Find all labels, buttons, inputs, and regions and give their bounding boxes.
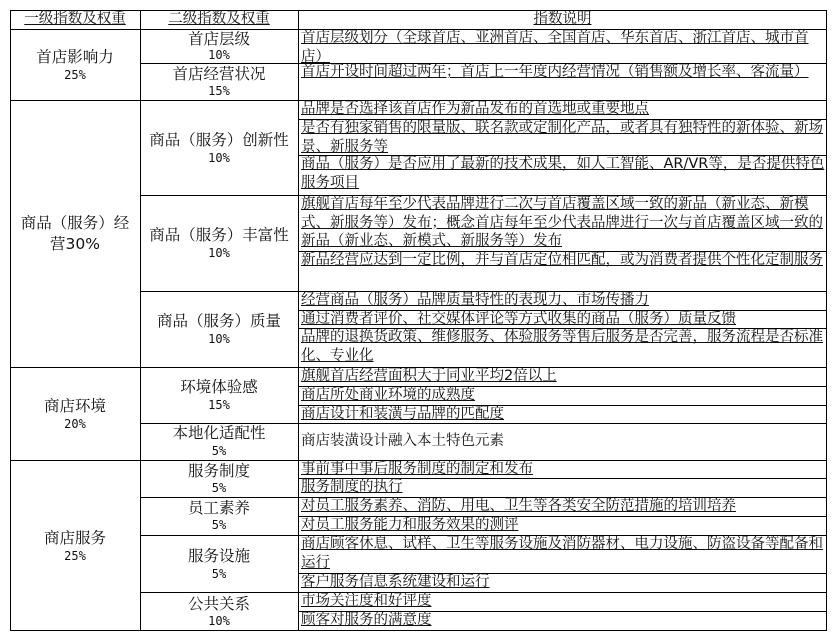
level1-weight: 20% <box>64 417 86 432</box>
level1-store-environment: 商店环境 20% <box>10 367 140 460</box>
level2-name: 环境体验感 <box>180 377 258 398</box>
level1-shoudian-influence: 首店影响力 25% <box>10 29 140 100</box>
level2-weight: 5% <box>212 567 226 582</box>
description-item: 通过消费者评价、社交媒体评论等方式收集的商品（服务）质量反馈 <box>298 310 827 328</box>
description-item: 首店开设时间超过两年；首店上一年度内经营情况（销售额及增长率、客流量） <box>298 63 827 100</box>
description-item: 旗舰首店经营面积大于同业平均2倍以上 <box>298 367 827 386</box>
level2-cell: 服务设施 5% <box>140 535 298 592</box>
header-col2: 二级指数及权重 <box>140 10 298 29</box>
level2-name: 公共关系 <box>188 595 250 614</box>
description-item: 商店设计和装潢与品牌的匹配度 <box>298 405 827 423</box>
level2-cell: 商品（服务）丰富性 10% <box>140 195 298 291</box>
level2-weight: 15% <box>208 84 230 99</box>
level2-weight: 5% <box>212 518 226 533</box>
description-item: 市场关注度和好评度 <box>298 592 827 611</box>
level2-cell: 公共关系 10% <box>140 592 298 631</box>
level2-weight: 10% <box>208 246 230 261</box>
level2-weight: 5% <box>212 443 226 460</box>
level1-store-service: 商店服务 25% <box>10 460 140 631</box>
level2-weight: 10% <box>208 332 230 347</box>
level2-cell: 本地化适配性 5% <box>140 423 298 460</box>
level2-weight: 5% <box>212 481 226 496</box>
level2-name: 商品（服务）创新性 <box>149 130 289 151</box>
description-item: 首店层级划分（全球首店、亚洲首店、全国首店、华东首店、浙江首店、城市首店） <box>298 29 827 63</box>
level2-weight: 10% <box>208 151 230 166</box>
level2-weight: 10% <box>208 48 230 63</box>
description-item: 对员工服务素养、消防、用电、卫生等各类安全防范措施的培训培养 <box>298 497 827 516</box>
level2-cell: 商品（服务）创新性 10% <box>140 100 298 195</box>
level2-name: 首店经营状况 <box>172 65 265 84</box>
level2-name: 服务制度 <box>188 462 250 481</box>
description-item: 商品（服务）是否应用了最新的技术成果，如人工智能、AR/VR等，是否提供特色服务… <box>298 155 827 195</box>
description-item: 新品经营应达到一定比例，并与首店定位相匹配，或为消费者提供个性化定制服务 <box>298 251 827 291</box>
description-item: 品牌的退换货政策、维修服务、体验服务等售后服务是否完善，服务流程是否标准化、专业… <box>298 328 827 367</box>
level2-cell: 首店层级 10% <box>140 29 298 63</box>
level2-name: 首店层级 <box>188 30 250 48</box>
description-item: 事前事中事后服务制度的制定和发布 <box>298 460 827 478</box>
level2-name: 服务设施 <box>188 546 250 567</box>
level2-name: 本地化适配性 <box>172 424 265 443</box>
level1-name: 商品（服务）经营30% <box>18 213 132 255</box>
description-item: 商店所处商业环境的成熟度 <box>298 386 827 405</box>
description-item: 经营商品（服务）品牌质量特性的表现力、市场传播力 <box>298 291 827 310</box>
header-col3: 指数说明 <box>298 10 827 29</box>
level2-name: 员工素养 <box>188 499 250 518</box>
description-item: 品牌是否选择该首店作为新品发布的首选地或重要地点 <box>298 100 827 119</box>
level2-cell: 员工素养 5% <box>140 497 298 535</box>
description-item: 商店顾客休息、试样、卫生等服务设施及消防器材、电力设施、防盗设备等配备和运行 <box>298 535 827 573</box>
level1-weight: 25% <box>64 549 86 564</box>
description-item: 顾客对服务的满意度 <box>298 611 827 631</box>
level2-name: 商品（服务）质量 <box>157 311 281 332</box>
level2-cell: 首店经营状况 15% <box>140 63 298 100</box>
level1-name: 商店服务 <box>44 528 106 549</box>
level1-weight: 25% <box>64 68 86 83</box>
level1-goods-service: 商品（服务）经营30% <box>10 100 140 367</box>
level2-name: 商品（服务）丰富性 <box>149 225 289 246</box>
description-item: 是否有独家销售的限量版、联名款或定制化产品，或者具有独特性的新体验、新场景、新服… <box>298 119 827 155</box>
level1-name: 商店环境 <box>44 396 106 417</box>
level2-cell: 商品（服务）质量 10% <box>140 291 298 367</box>
header-col1: 一级指数及权重 <box>10 10 140 29</box>
level2-cell: 环境体验感 15% <box>140 367 298 423</box>
description-item: 旗舰首店每年至少代表品牌进行二次与首店覆盖区域一致的新品（新业态、新模式、新服务… <box>298 195 827 251</box>
description-item: 商店装潢设计融入本土特色元素 <box>298 423 827 460</box>
level2-weight: 10% <box>208 614 230 629</box>
level1-name: 首店影响力 <box>36 47 114 68</box>
level2-weight: 15% <box>208 398 230 413</box>
description-item: 服务制度的执行 <box>298 478 827 497</box>
description-item: 对员工服务能力和服务效果的测评 <box>298 516 827 535</box>
level2-cell: 服务制度 5% <box>140 460 298 497</box>
description-item: 客户服务信息系统建设和运行 <box>298 573 827 592</box>
